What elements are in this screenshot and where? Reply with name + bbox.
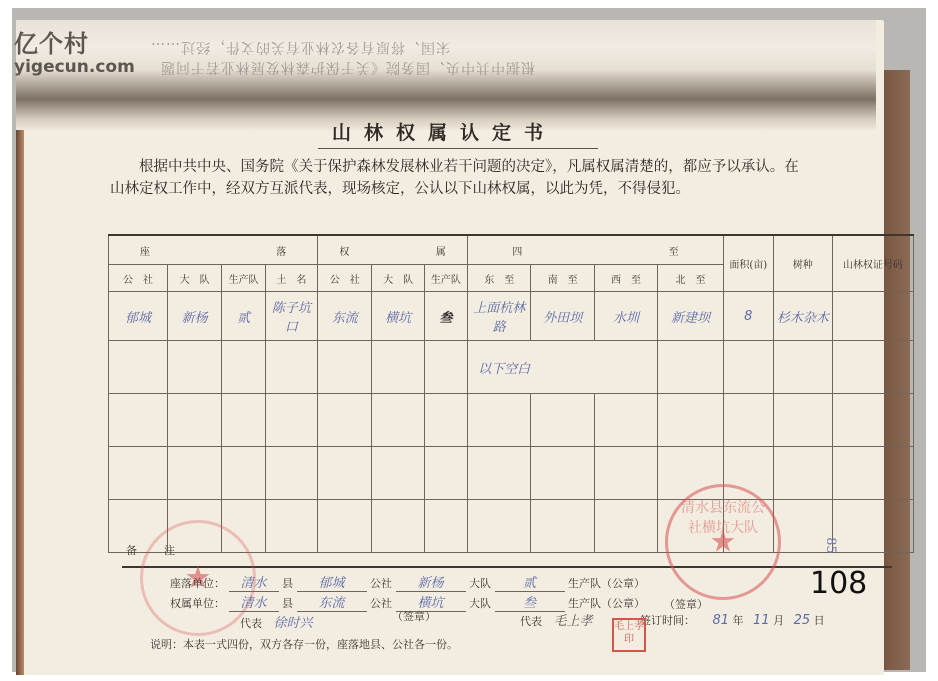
- location-team: 贰: [495, 572, 565, 592]
- signed-time: 签订时间： 81 年 11 月 25 日: [640, 612, 825, 628]
- watermark-en: yigecun.com: [14, 57, 135, 77]
- col-place: 土 名: [265, 265, 317, 292]
- cell: [723, 394, 773, 447]
- cell: [318, 394, 372, 447]
- owner-team: 叁: [495, 592, 565, 612]
- month-label: 月: [773, 614, 784, 627]
- cell: [468, 500, 531, 553]
- header-char: 落: [276, 247, 286, 258]
- rep-right-line: 代表 毛上孝: [520, 610, 593, 629]
- cell: [167, 394, 221, 447]
- handwritten-number: 108: [810, 566, 867, 601]
- col-owner-commune: 公 社: [318, 265, 372, 292]
- cell-qs-brigade: 横坑: [372, 292, 424, 341]
- table-row: [109, 394, 914, 447]
- cell: [832, 500, 913, 553]
- col-south: 南 至: [531, 265, 594, 292]
- brigade-suffix: 大队: [469, 597, 491, 610]
- cell: [832, 394, 913, 447]
- cell: [372, 500, 424, 553]
- table-group-header: 座 落 权 属 四 至 面积(亩) 树种 山林权证号码: [109, 235, 914, 265]
- cell: [265, 500, 317, 553]
- cell: [109, 447, 168, 500]
- cell: [594, 447, 657, 500]
- col-owner-team: 生产队: [424, 265, 467, 292]
- forest-rights-table: 座 落 权 属 四 至 面积(亩) 树种 山林权证号码 公 社 大 队 生产队 …: [108, 234, 914, 553]
- title-underline: [318, 148, 598, 149]
- cell: [424, 394, 467, 447]
- cell: [372, 447, 424, 500]
- sign-label-left: （签章）: [392, 608, 436, 624]
- team-suffix: 生产队（公章）: [568, 597, 645, 610]
- cell: [832, 447, 913, 500]
- col-team: 生产队: [222, 265, 265, 292]
- cell: [265, 394, 317, 447]
- cell: [468, 394, 531, 447]
- cell: [531, 500, 594, 553]
- round-seal-right: 清水县东流公社横坑大队 ★: [665, 484, 781, 600]
- cell: [594, 500, 657, 553]
- bleed-through-text: 根据中共中央、国务院《关于保护森林发展林业若干问题: [160, 58, 535, 78]
- header-char: 座: [140, 247, 150, 258]
- cell: [658, 394, 724, 447]
- date-year: 81: [713, 613, 730, 628]
- owner-unit-label: 权属单位：: [170, 597, 225, 610]
- col-north: 北 至: [658, 265, 724, 292]
- header-cert: 山林权证号码: [832, 235, 913, 292]
- cell-zl-team: 贰: [222, 292, 265, 341]
- cell: [222, 394, 265, 447]
- header-sizhi: 四 至: [468, 235, 724, 265]
- cell: [424, 341, 467, 394]
- blank-below-note: 以下空白: [468, 341, 658, 394]
- brigade-suffix: 大队: [469, 577, 491, 590]
- cell-cert: [832, 292, 913, 341]
- location-unit-label: 座落单位：: [170, 577, 225, 590]
- cell: [372, 394, 424, 447]
- team-suffix: 生产队（公章）: [568, 577, 645, 590]
- header-area: 面积(亩): [723, 235, 773, 292]
- cell-east: 上面杭林路: [468, 292, 531, 341]
- owner-commune: 东流: [297, 592, 367, 612]
- cell: [468, 447, 531, 500]
- day-label: 日: [814, 614, 825, 627]
- county-suffix: 县: [282, 577, 293, 590]
- year-label: 年: [733, 614, 744, 627]
- cell: [167, 447, 221, 500]
- date-month: 11: [753, 613, 770, 628]
- cell: [167, 341, 221, 394]
- cell: [773, 394, 832, 447]
- cell-zl-place: 陈子坑口: [265, 292, 317, 341]
- col-west: 西 至: [594, 265, 657, 292]
- cell: [109, 341, 168, 394]
- cell: [265, 447, 317, 500]
- owner-county: 清水: [229, 592, 279, 612]
- header-quanshu: 权 属: [318, 235, 468, 265]
- cell: [318, 447, 372, 500]
- rep-left-line: 代表 徐时兴: [240, 612, 313, 631]
- location-county: 清水: [229, 572, 279, 592]
- cell-qs-team: 叁: [424, 292, 467, 341]
- cell: [318, 500, 372, 553]
- cell: [372, 341, 424, 394]
- col-commune: 公 社: [109, 265, 168, 292]
- site-watermark: 亿个村 yigecun.com: [14, 24, 135, 77]
- table-row: 郁城 新杨 贰 陈子坑口 东流 横坑 叁 上面杭林路 外田坝 水圳 新建坝 8 …: [109, 292, 914, 341]
- watermark-cn: 亿个村: [14, 24, 135, 59]
- location-brigade: 新杨: [396, 572, 466, 592]
- date-day: 25: [794, 613, 811, 628]
- commune-suffix: 公社: [370, 577, 392, 590]
- cell-west: 水圳: [594, 292, 657, 341]
- star-icon: ★: [710, 525, 737, 560]
- rep-left-signature: 徐时兴: [274, 616, 313, 631]
- cell: [773, 447, 832, 500]
- header-char: 权: [339, 247, 349, 258]
- cell: [222, 341, 265, 394]
- cell-south: 外田坝: [531, 292, 594, 341]
- sign-label-right: （签章）: [664, 596, 708, 612]
- location-unit-line: 座落单位： 清水 县 郁城 公社 新杨 大队 贰 生产队（公章）: [170, 572, 645, 592]
- cell: [531, 394, 594, 447]
- cell-area: 8: [723, 292, 773, 341]
- document-title: 山林权属认定书: [332, 118, 556, 145]
- county-suffix: 县: [282, 597, 293, 610]
- preamble-paragraph: 根据中共中央、国务院《关于保护森林发展林业若干问题的决定》，凡属权属清楚的，都应…: [110, 156, 810, 200]
- instruction-note: 说明：本表一式四份，双方各存一份，座落地县、公社各一份。: [150, 636, 458, 652]
- cell: [594, 394, 657, 447]
- cell: [723, 341, 773, 394]
- cell: [424, 500, 467, 553]
- cell: [265, 341, 317, 394]
- commune-suffix: 公社: [370, 597, 392, 610]
- cell: [773, 341, 832, 394]
- cell-species: 杉木杂木: [773, 292, 832, 341]
- header-species: 树种: [773, 235, 832, 292]
- bleed-through-text: 宋国、将原有各农林业有关的文件，经过……: [150, 38, 450, 58]
- cell: [318, 341, 372, 394]
- signed-time-label: 签订时间：: [640, 614, 695, 627]
- cell: [832, 341, 913, 394]
- header-char: 四: [512, 247, 522, 258]
- cell: [658, 341, 724, 394]
- header-char: 至: [669, 247, 679, 258]
- rep-label: 代表: [520, 615, 542, 628]
- cell: [109, 394, 168, 447]
- header-zuoluo: 座 落: [109, 235, 318, 265]
- cell: [424, 447, 467, 500]
- cell-qs-commune: 东流: [318, 292, 372, 341]
- header-char: 属: [436, 247, 446, 258]
- page-number: 85: [823, 537, 838, 554]
- col-brigade: 大 队: [167, 265, 221, 292]
- table-row: 以下空白: [109, 341, 914, 394]
- cell: [222, 447, 265, 500]
- location-commune: 郁城: [297, 572, 367, 592]
- rep-right-signature: 毛上孝: [554, 614, 593, 629]
- cell: [531, 447, 594, 500]
- cell-north: 新建坝: [658, 292, 724, 341]
- col-owner-brigade: 大 队: [372, 265, 424, 292]
- cell-zl-brigade: 新杨: [167, 292, 221, 341]
- col-east: 东 至: [468, 265, 531, 292]
- preamble: 根据中共中央、国务院《关于保护森林发展林业若干问题的决定》，凡属权属清楚的，都应…: [110, 156, 810, 200]
- table-row: [109, 447, 914, 500]
- square-seal: 毛上孝印: [612, 618, 646, 652]
- cell-zl-commune: 郁城: [109, 292, 168, 341]
- rep-label: 代表: [240, 617, 262, 630]
